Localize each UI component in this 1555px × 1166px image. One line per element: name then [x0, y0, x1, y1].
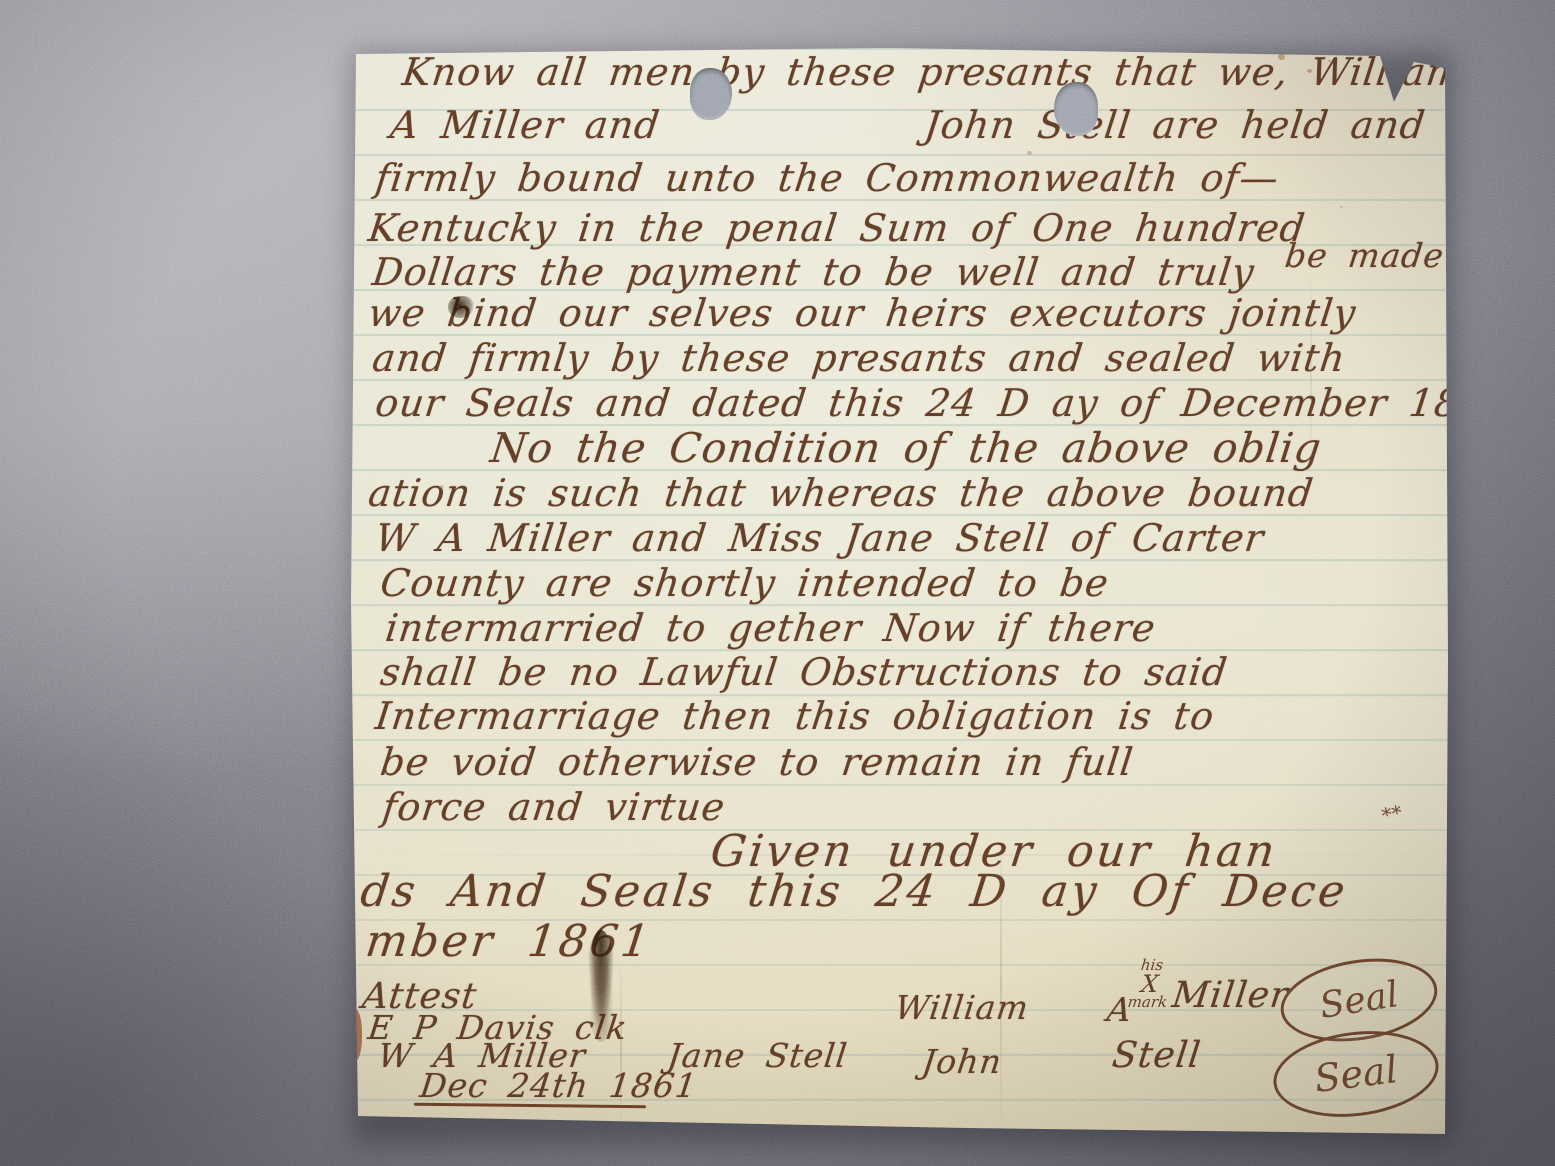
document-line: A Miller and John Stell are held and: [388, 105, 1428, 147]
document-line: our Seals and dated this 24 D ay of Dece…: [373, 383, 1513, 425]
signature-given-name: William: [893, 990, 1031, 1026]
seal-stamp: Seal: [1269, 1022, 1444, 1126]
seal-label: Seal: [1312, 1047, 1400, 1101]
document-line: W A Miller and Miss Jane Stell of Carter: [373, 518, 1267, 560]
document-line: ation is such that whereas the above bou…: [366, 473, 1316, 515]
document-line: firmly bound unto the Commonwealth of—: [373, 158, 1281, 200]
photo-of-document: Know all men by these presants that we, …: [0, 0, 1555, 1166]
document-raised-note: be made: [1283, 238, 1446, 274]
document-line: force and virtue: [380, 787, 728, 829]
fold-crease: [348, 854, 1448, 856]
x-mark: X: [1140, 973, 1160, 995]
document-line: shall be no Lawful Obstructions to said: [378, 652, 1230, 694]
signature-surname: Stell: [1110, 1036, 1203, 1076]
document-line: County are shortly intended to be: [378, 563, 1111, 605]
ink-flourish-mark: **: [1380, 800, 1405, 828]
document-line: be void otherwise to remain in full: [378, 742, 1136, 784]
document-line: we bind our selves our heirs executors j…: [366, 293, 1359, 335]
handwritten-bond-paper: Know all men by these presants that we, …: [348, 42, 1448, 1138]
signature-surname: Miller: [1170, 976, 1291, 1016]
document-line: intermarried to gether Now if there: [383, 608, 1158, 650]
foxing-spots: [1278, 54, 1285, 60]
document-line: Intermarriage then this obligation is to: [373, 696, 1217, 738]
document-line: Kentucky in the penal Sum of One hundred: [366, 208, 1308, 250]
mark-word-mark: mark: [1127, 995, 1168, 1010]
punch-hole: [1054, 82, 1098, 136]
attest-date: Dec 24th 1861: [418, 1068, 699, 1104]
his-x-mark: his X mark: [1127, 958, 1173, 1010]
fold-crease: [1310, 267, 1312, 482]
document-line: ds And Seals this 24 D ay Of Dece: [358, 868, 1350, 916]
fold-crease: [1000, 830, 1002, 1136]
fold-crease: [620, 962, 622, 1132]
signature-given-name: John: [920, 1044, 1004, 1080]
document-line: Dollars the payment to be well and truly: [370, 252, 1257, 294]
ink-blot: [586, 930, 616, 1042]
document-line: No the Condition of the above oblig: [488, 426, 1324, 471]
document-line: Know all men by these presants that we, …: [400, 52, 1466, 94]
seal-label: Seal: [1317, 974, 1401, 1027]
document-line: and firmly by these presants and sealed …: [370, 338, 1348, 380]
